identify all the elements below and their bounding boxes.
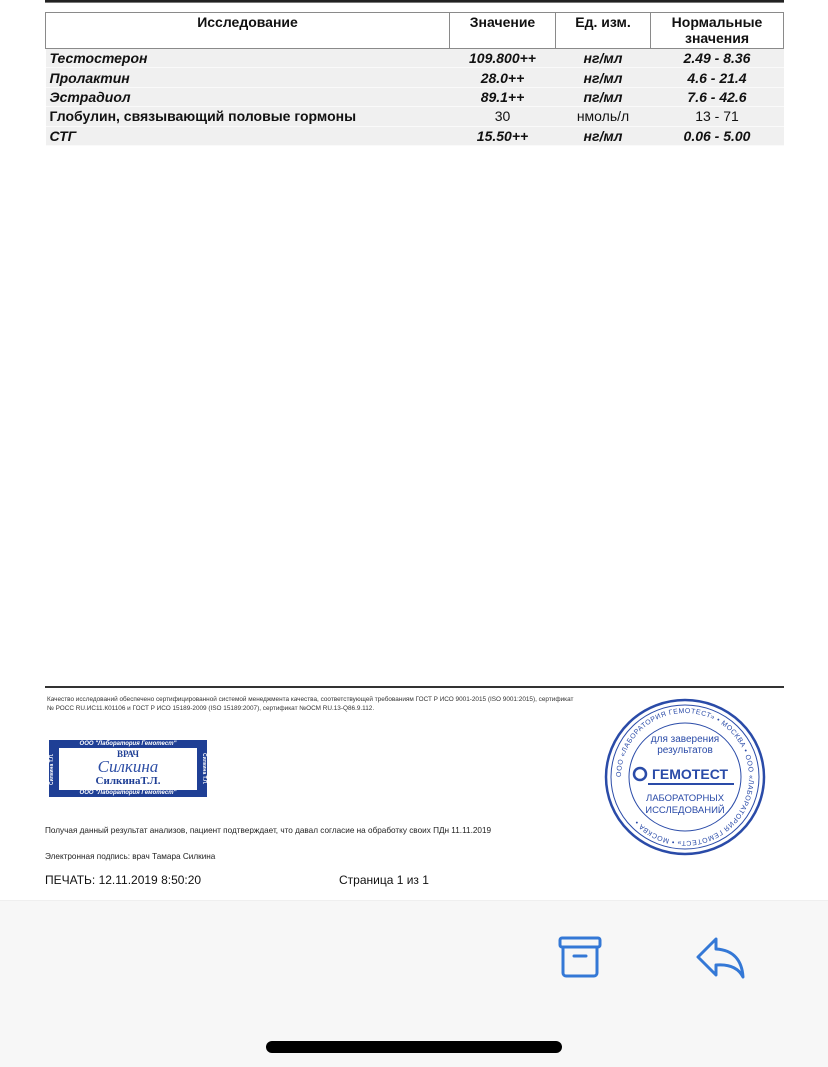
document-page: Исследование Значение Ед. изм. Нормальны…: [0, 0, 828, 900]
table-row: Эстрадиол89.1++пг/мл7.6 - 42.6: [46, 87, 784, 106]
test-reference: 0.06 - 5.00: [651, 126, 784, 145]
seal-line2: результатов: [657, 745, 713, 756]
print-timestamp: ПЕЧАТЬ: 12.11.2019 8:50:20: [45, 873, 201, 887]
test-name: Эстрадиол: [46, 87, 450, 106]
seal-line1: для заверения: [651, 734, 719, 745]
doctor-signature: Силкина: [59, 759, 197, 775]
test-unit: нг/мл: [556, 49, 651, 68]
top-divider: [45, 0, 784, 3]
col-header-unit: Ед. изм.: [556, 13, 651, 49]
electronic-signature: Электронная подпись: врач Тамара Силкина: [45, 852, 215, 861]
col-header-test: Исследование: [46, 13, 450, 49]
test-name: Глобулин, связывающий половые гормоны: [46, 107, 450, 126]
doctor-stamp-side-left: Силкина Т.Л.: [49, 748, 59, 790]
test-name: Тестостерон: [46, 49, 450, 68]
table-header-row: Исследование Значение Ед. изм. Нормальны…: [46, 13, 784, 49]
bottom-toolbar: [0, 900, 828, 1067]
doctor-stamp-ring-bottom: ООО "Лаборатория Гемотест": [49, 789, 207, 797]
test-unit: нг/мл: [556, 126, 651, 145]
doctor-stamp-side-right: Силкина Т.Л.: [197, 748, 207, 790]
seal-line3: ЛАБОРАТОРНЫХ: [646, 793, 725, 804]
test-unit: пг/мл: [556, 87, 651, 106]
footer-divider: [45, 686, 784, 688]
test-name: СТГ: [46, 126, 450, 145]
seal-line4: ИССЛЕДОВАНИЙ: [645, 804, 725, 816]
test-reference: 7.6 - 42.6: [651, 87, 784, 106]
quality-note: Качество исследований обеспечено сертифи…: [47, 695, 577, 713]
col-header-value: Значение: [450, 13, 556, 49]
results-table: Исследование Значение Ед. изм. Нормальны…: [45, 12, 784, 146]
table-row: Тестостерон109.800++нг/мл2.49 - 8.36: [46, 49, 784, 68]
table-row: Глобулин, связывающий половые гормоны30н…: [46, 107, 784, 126]
col-header-reference: Нормальные значения: [651, 13, 784, 49]
test-value: 89.1++: [450, 87, 556, 106]
home-indicator[interactable]: [266, 1041, 562, 1053]
page-number: Страница 1 из 1: [339, 873, 429, 887]
consent-text: Получая данный результат анализов, пацие…: [45, 826, 491, 835]
test-unit: нмоль/л: [556, 107, 651, 126]
test-value: 28.0++: [450, 68, 556, 87]
archive-button[interactable]: [556, 935, 604, 981]
test-value: 109.800++: [450, 49, 556, 68]
reply-button[interactable]: [694, 935, 748, 981]
archive-box-icon: [556, 935, 604, 981]
reply-arrow-icon: [694, 935, 748, 981]
gemotest-logo-icon: [634, 768, 646, 780]
seal-brand: ГЕМОТЕСТ: [652, 766, 728, 782]
test-reference: 4.6 - 21.4: [651, 68, 784, 87]
table-row: Пролактин28.0++нг/мл4.6 - 21.4: [46, 68, 784, 87]
table-row: СТГ15.50++нг/мл0.06 - 5.00: [46, 126, 784, 145]
doctor-stamp-name: СилкинаТ.Л.: [59, 775, 197, 787]
test-reference: 2.49 - 8.36: [651, 49, 784, 68]
test-value: 15.50++: [450, 126, 556, 145]
doctor-stamp: ООО "Лаборатория Гемотест" Силкина Т.Л. …: [49, 740, 207, 797]
test-reference: 13 - 71: [651, 107, 784, 126]
test-unit: нг/мл: [556, 68, 651, 87]
test-value: 30: [450, 107, 556, 126]
doctor-stamp-ring-top: ООО "Лаборатория Гемотест": [49, 740, 207, 748]
test-name: Пролактин: [46, 68, 450, 87]
lab-seal: ООО «ЛАБОРАТОРИЯ ГЕМОТЕСТ» • МОСКВА • ОО…: [604, 698, 766, 856]
